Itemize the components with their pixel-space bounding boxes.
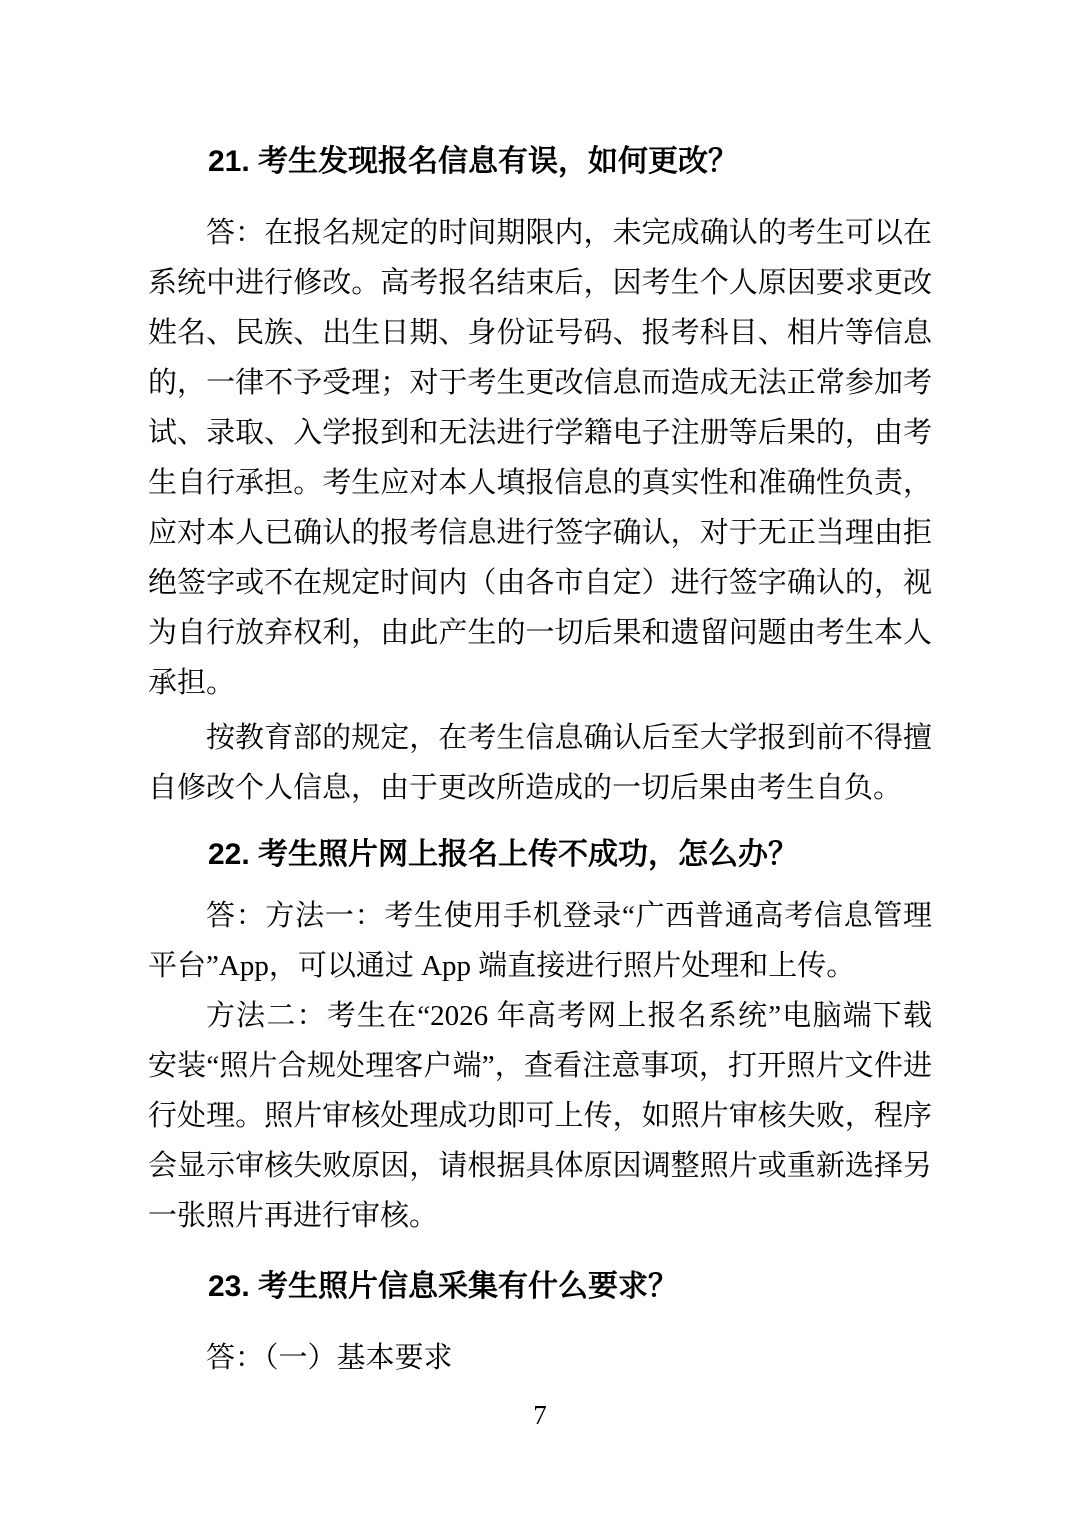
document-content: 21. 考生发现报名信息有误，如何更改？ 答：在报名规定的时间期限内，未完成确认… — [148, 0, 932, 1383]
page-number: 7 — [0, 1400, 1080, 1431]
answer-paragraph-22-method-1: 答：方法一：考生使用手机登录“广西普通高考信息管理平台”App，可以通过 App… — [148, 891, 932, 991]
answer-paragraph-21-main: 答：在报名规定的时间期限内，未完成确认的考生可以在系统中进行修改。高考报名结束后… — [148, 208, 932, 708]
question-heading-21: 21. 考生发现报名信息有误，如何更改？ — [148, 140, 932, 184]
question-heading-22: 22. 考生照片网上报名上传不成功，怎么办？ — [148, 833, 932, 877]
question-heading-23: 23. 考生照片信息采集有什么要求？ — [148, 1265, 932, 1309]
answer-paragraph-21-note: 按教育部的规定，在考生信息确认后至大学报到前不得擅自修改个人信息，由于更改所造成… — [148, 713, 932, 813]
answer-paragraph-22-method-2: 方法二：考生在“2026 年高考网上报名系统”电脑端下载安装“照片合规处理客户端… — [148, 991, 932, 1241]
document-page: 21. 考生发现报名信息有误，如何更改？ 答：在报名规定的时间期限内，未完成确认… — [0, 0, 1080, 1527]
answer-paragraph-23: 答：（一）基本要求 — [148, 1333, 932, 1383]
